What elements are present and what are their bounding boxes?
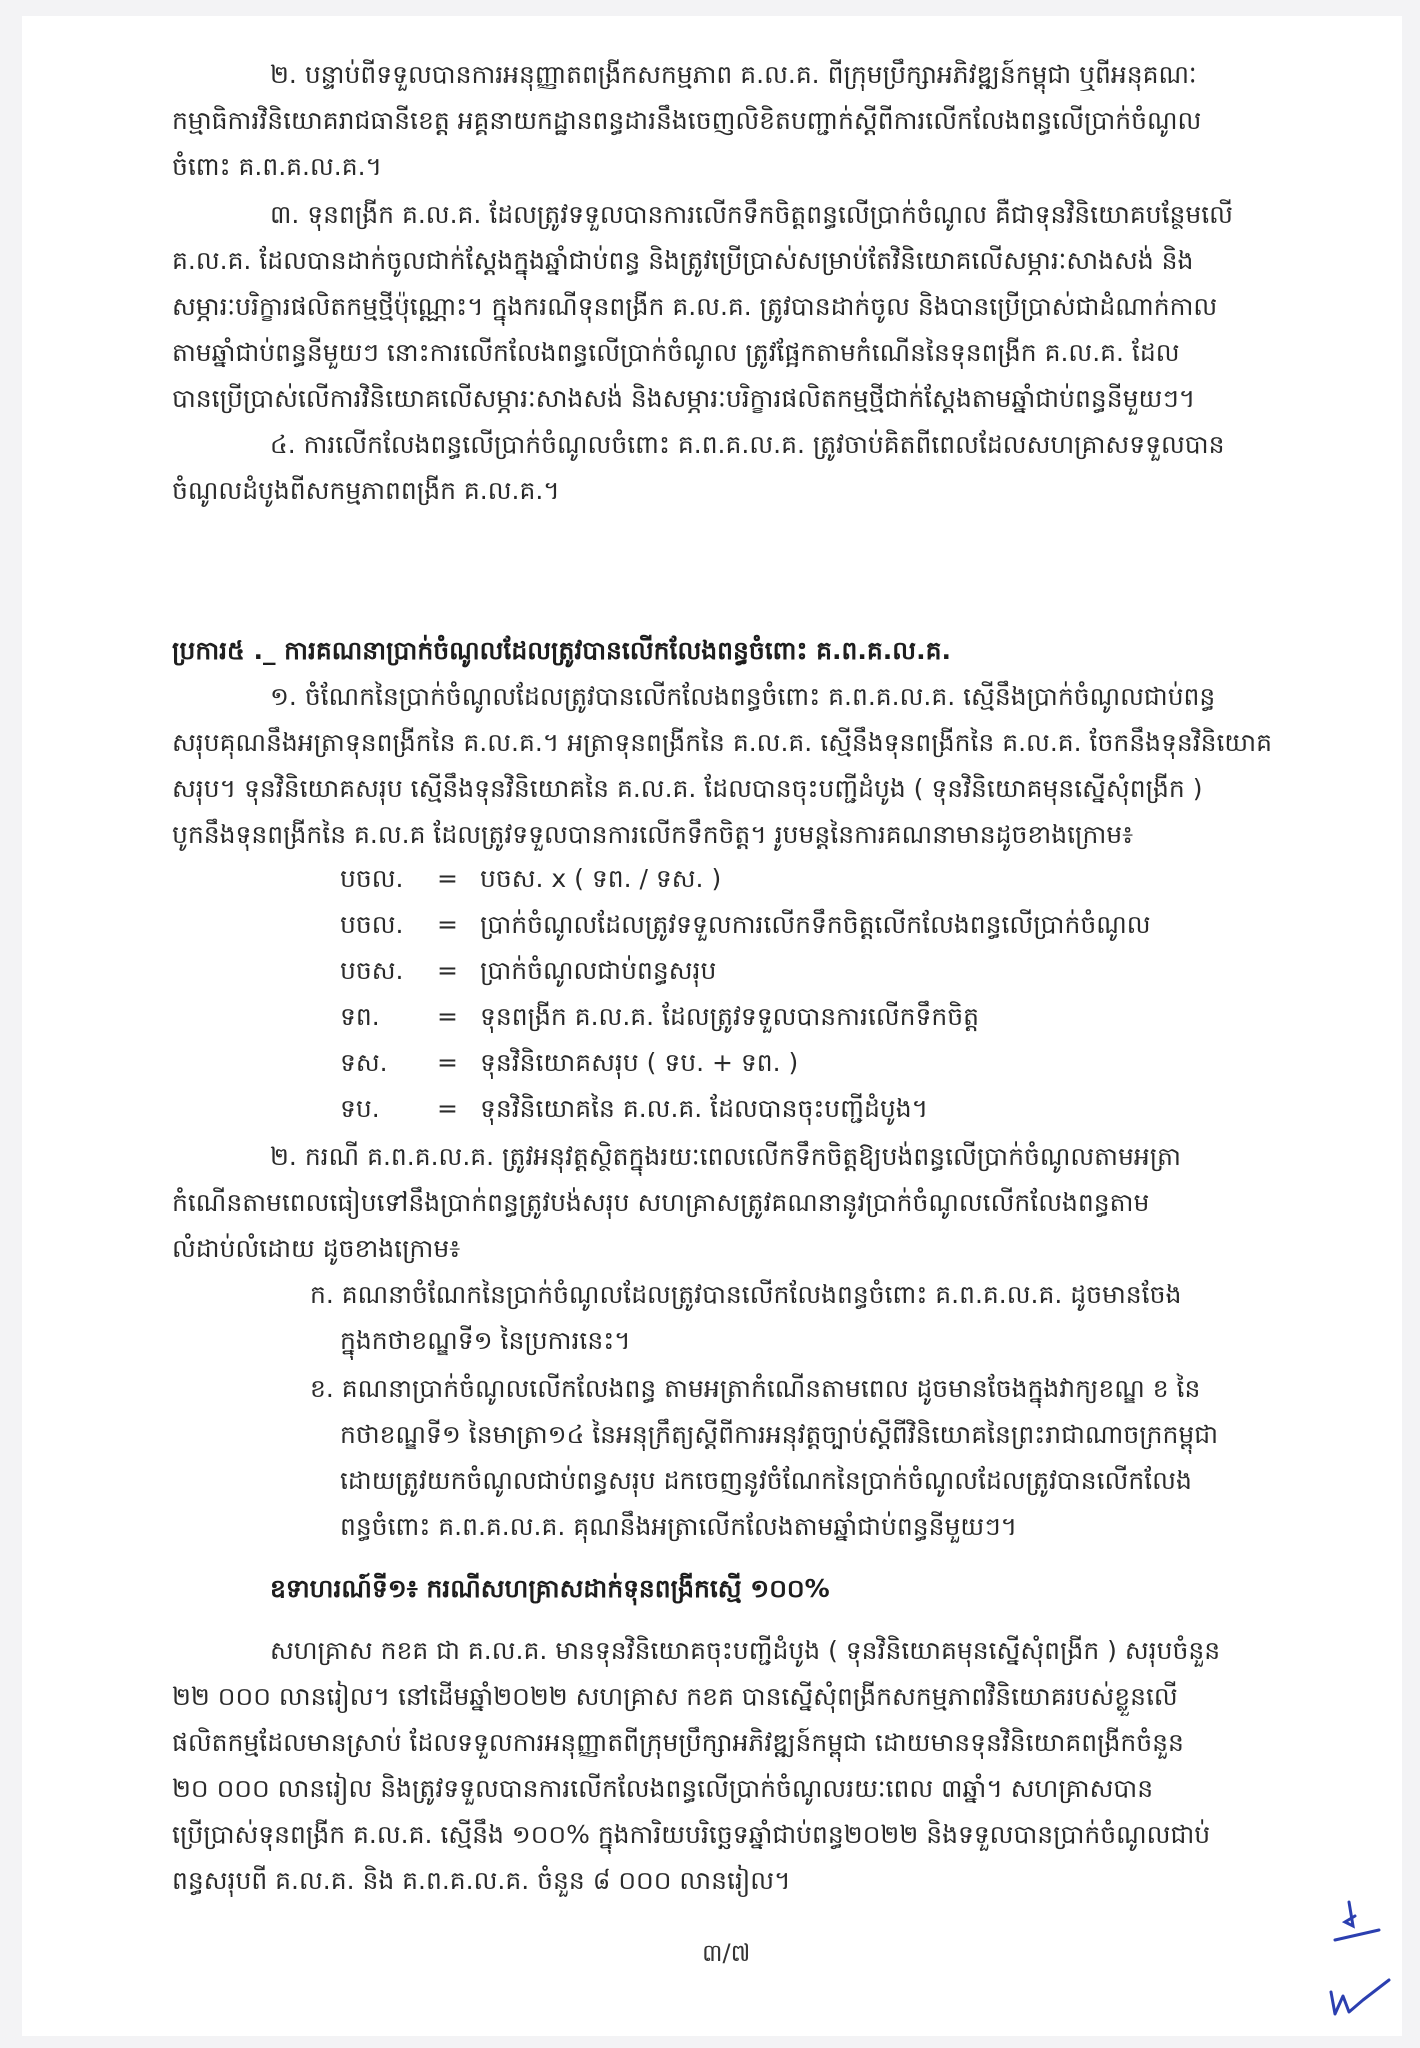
formula-symbol: បចល.	[340, 862, 404, 896]
page-number: ៣/៧	[702, 1938, 750, 1973]
article-5-para-1-line-4: បូកនឹងទុនពង្រីកនៃ គ.ល.គ ដែលត្រូវទទួលបានក…	[172, 818, 1133, 852]
item-ka-line-2: ក្នុងកថាខណ្ឌទី១ នៃប្រការនេះ។	[340, 1324, 631, 1358]
paragraph-3-line-3: សម្ភារៈបរិក្ខារផលិតកម្មថ្មីប៉ុណ្ណោះ។ ក្ន…	[172, 290, 1217, 324]
article-5-para-1-line-2: សរុបគុណនឹងអត្រាទុនពង្រីកនៃ គ.ល.គ.។ អត្រា…	[172, 726, 1272, 760]
item-kha-line-3: ដោយត្រូវយកចំណូលជាប់ពន្ធសរុប ដកចេញនូវចំណែ…	[340, 1464, 1192, 1498]
example-1-line-1: សហគ្រាស កខគ ជា គ.ល.គ. មានទុនវិនិយោគចុះបញ…	[270, 1634, 1220, 1668]
item-kha-line-4: ពន្ធចំពោះ គ.ព.គ.ល.គ. គុណនឹងអត្រាលើកលែងតា…	[340, 1510, 1017, 1544]
article-5-para-2-line-2: កំណើនតាមពេលធៀបទៅនឹងប្រាក់ពន្ធត្រូវបង់សរុ…	[172, 1186, 1149, 1220]
paragraph-2-line-2: កម្មាធិការវិនិយោគរាជធានីខេត្ត អគ្គនាយកដ្…	[172, 104, 1201, 138]
formula-symbol: ទប.	[340, 1092, 380, 1126]
paragraph-3-line-4: តាមឆ្នាំជាប់ពន្ធនីមួយៗ នោះការលើកលែងពន្ធល…	[172, 336, 1180, 370]
formula-definition: ទុនវិនិយោគសរុប ( ទប. + ទព. )	[480, 1046, 798, 1080]
paragraph-2-line-3: ចំពោះ គ.ព.គ.ល.គ.។	[172, 150, 382, 184]
formula-equals: =	[437, 1092, 458, 1126]
formula-equals: =	[437, 954, 458, 988]
paragraph-4-line-1: ៤. ការលើកលែងពន្ធលើប្រាក់ចំណូលចំពោះ គ.ព.គ…	[270, 428, 1224, 462]
handwritten-initials-icon	[1327, 1896, 1397, 2026]
article-5-para-1-line-1: ១. ចំណែកនៃប្រាក់ចំណូលដែលត្រូវបានលើកលែងពន…	[270, 680, 1215, 714]
article-5-heading: ប្រការ៥ ._ ការគណនាប្រាក់ចំណូលដែលត្រូវបាន…	[172, 634, 951, 668]
paragraph-3-line-2: គ.ល.គ. ដែលបានដាក់ចូលជាក់ស្តែងក្នុងឆ្នាំជ…	[172, 244, 1193, 278]
formula-symbol: ទព.	[340, 1000, 380, 1034]
example-1-line-3: ផលិតកម្មដែលមានស្រាប់ ដែលទទួលការអនុញ្ញាតព…	[172, 1726, 1184, 1760]
formula-definition: ទុនវិនិយោគនៃ គ.ល.គ. ដែលបានចុះបញ្ជីដំបូង។	[480, 1092, 928, 1126]
example-1-heading: ឧទាហរណ៍ទី១៖ ករណីសហគ្រាសដាក់ទុនពង្រីកស្មើ…	[270, 1572, 830, 1606]
formula-definition: បចស. x ( ទព. / ទស. )	[480, 862, 721, 896]
paragraph-3-line-5: បានប្រើប្រាស់លើការវិនិយោគលើសម្ភារៈសាងសង់…	[172, 382, 1195, 416]
formula-equals: =	[437, 908, 458, 942]
formula-equals: =	[437, 1000, 458, 1034]
item-ka-line-1: ក. គណនាចំណែកនៃប្រាក់ចំណូលដែលត្រូវបានលើកល…	[310, 1278, 1181, 1312]
formula-symbol: បចស.	[340, 954, 404, 988]
formula-symbol: បចល.	[340, 908, 404, 942]
formula-equals: =	[437, 862, 458, 896]
example-1-line-2: ២២ ០០០ លានរៀល។ នៅដើមឆ្នាំ២០២២ សហគ្រាស កខ…	[172, 1680, 1178, 1714]
example-1-line-4: ២០ ០០០ លានរៀល និងត្រូវទទួលបានការលើកលែងពន…	[172, 1772, 1153, 1806]
article-5-para-2-line-3: លំដាប់លំដោយ ដូចខាងក្រោម៖	[172, 1232, 460, 1266]
example-1-line-5: ប្រើប្រាស់ទុនពង្រីក គ.ល.គ. ស្មើនឹង ១០០% …	[172, 1818, 1210, 1852]
item-kha-line-1: ខ. គណនាប្រាក់ចំណូលលើកលែងពន្ធ តាមអត្រាកំណ…	[310, 1372, 1200, 1406]
document-page: ២. បន្ទាប់ពីទទួលបានការអនុញ្ញាតពង្រីកសកម្…	[22, 16, 1402, 2036]
article-5-para-1-line-3: សរុប។ ទុនវិនិយោគសរុប ស្មើនឹងទុនវិនិយោគនៃ…	[172, 772, 1203, 806]
formula-definition: ប្រាក់ចំណូលជាប់ពន្ធសរុប	[480, 954, 716, 988]
example-1-line-6: ពន្ធសរុបពី គ.ល.គ. និង គ.ព.គ.ល.គ. ចំនួន ៨…	[172, 1864, 791, 1898]
paragraph-2-line-1: ២. បន្ទាប់ពីទទួលបានការអនុញ្ញាតពង្រីកសកម្…	[270, 58, 1197, 92]
formula-equals: =	[437, 1046, 458, 1080]
formula-definition: ប្រាក់ចំណូលដែលត្រូវទទួលការលើកទឹកចិត្តលើក…	[480, 908, 1151, 942]
formula-symbol: ទស.	[340, 1046, 388, 1080]
paragraph-3-line-1: ៣. ទុនពង្រីក គ.ល.គ. ដែលត្រូវទទួលបានការលើ…	[270, 198, 1233, 232]
formula-definition: ទុនពង្រីក គ.ល.គ. ដែលត្រូវទទួលបានការលើកទឹ…	[480, 1000, 979, 1034]
paragraph-4-line-2: ចំណូលដំបូងពីសកម្មភាពពង្រីក គ.ល.គ.។	[172, 474, 560, 508]
item-kha-line-2: កថាខណ្ឌទី១ នៃមាត្រា១៤ នៃអនុក្រឹត្យស្តីពី…	[340, 1418, 1218, 1452]
article-5-para-2-line-1: ២. ករណី គ.ព.គ.ល.គ. ត្រូវអនុវត្តស្ថិតក្នុ…	[270, 1140, 1181, 1174]
